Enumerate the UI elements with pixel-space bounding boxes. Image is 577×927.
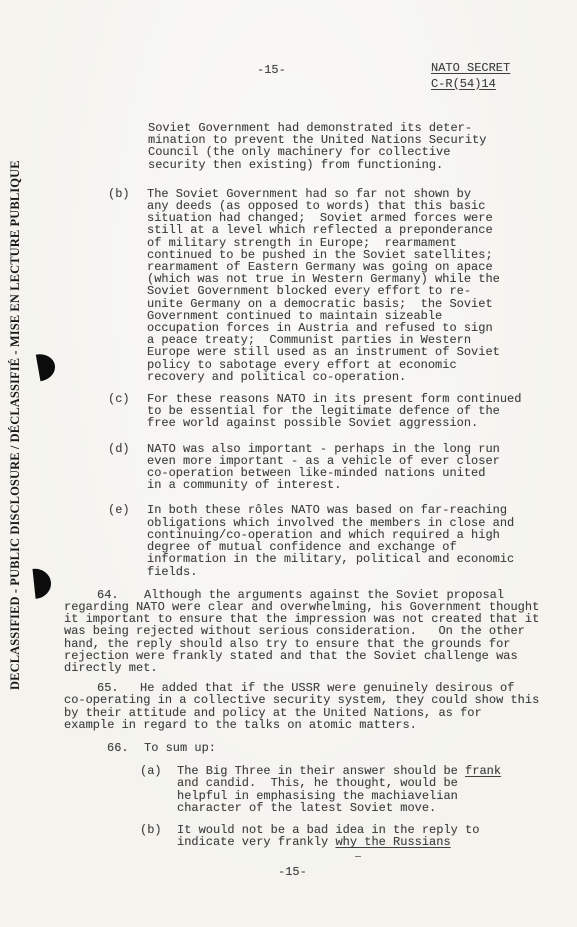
sub-item-b: (b) It would not be a bad idea in the re… bbox=[140, 824, 569, 848]
paragraph-66: 66. To sum up: bbox=[64, 742, 569, 754]
document-reference: C-R(54)14 bbox=[431, 77, 510, 93]
page-number-bottom: -15- bbox=[278, 866, 307, 878]
document-page: DECLASSIFIED - PUBLIC DISCLOSURE / DÉCLA… bbox=[0, 0, 577, 927]
punch-hole-mark bbox=[36, 352, 57, 382]
paragraph-continuation: Soviet Government had demonstrated its d… bbox=[148, 122, 569, 171]
paragraph-number: 66. bbox=[107, 742, 129, 754]
classification-block: NATO SECRET C-R(54)14 bbox=[431, 61, 510, 92]
scan-artifact bbox=[355, 856, 361, 857]
list-item-d: (d) NATO was also important - perhaps in… bbox=[108, 443, 569, 492]
sub-item-label: (a) bbox=[140, 765, 177, 814]
page-number-top: -15- bbox=[257, 64, 286, 76]
paragraph-number: 64. bbox=[97, 589, 119, 601]
list-item-b: (b) The Soviet Government had so far not… bbox=[108, 188, 569, 383]
paragraph-64: 64. Although the arguments against the S… bbox=[64, 589, 569, 674]
list-item-text: NATO was also important - perhaps in the… bbox=[147, 443, 500, 492]
sub-item-label: (b) bbox=[140, 824, 177, 848]
punch-hole-mark bbox=[32, 567, 52, 599]
sub-item-a: (a) The Big Three in their answer should… bbox=[140, 765, 569, 814]
list-item-text: The Soviet Government had so far not sho… bbox=[147, 188, 500, 383]
list-item-text: For these reasons NATO in its present fo… bbox=[147, 393, 521, 430]
list-item-c: (c) For these reasons NATO in its presen… bbox=[108, 393, 569, 430]
list-item-label: (c) bbox=[108, 393, 147, 430]
list-item-label: (e) bbox=[108, 504, 147, 577]
list-item-label: (d) bbox=[108, 443, 147, 492]
list-item-label: (b) bbox=[108, 188, 147, 383]
paragraph-text: He added that if the USSR were genuinely… bbox=[64, 682, 569, 731]
list-item-e: (e) In both these rôles NATO was based o… bbox=[108, 504, 569, 577]
sub-item-text: The Big Three in their answer should be … bbox=[177, 765, 501, 814]
declassification-stamp: DECLASSIFIED - PUBLIC DISCLOSURE / DÉCLA… bbox=[8, 220, 24, 690]
list-item-text: In both these rôles NATO was based on fa… bbox=[147, 504, 514, 577]
paragraph-text: To sum up: bbox=[64, 742, 569, 754]
paragraph-65: 65. He added that if the USSR were genui… bbox=[64, 682, 569, 731]
document-body: Soviet Government had demonstrated its d… bbox=[64, 122, 569, 848]
paragraph-text: Although the arguments against the Sovie… bbox=[64, 589, 569, 674]
sub-item-text: It would not be a bad idea in the reply … bbox=[177, 824, 479, 848]
classification-marking: NATO SECRET bbox=[431, 61, 510, 77]
paragraph-number: 65. bbox=[97, 682, 119, 694]
